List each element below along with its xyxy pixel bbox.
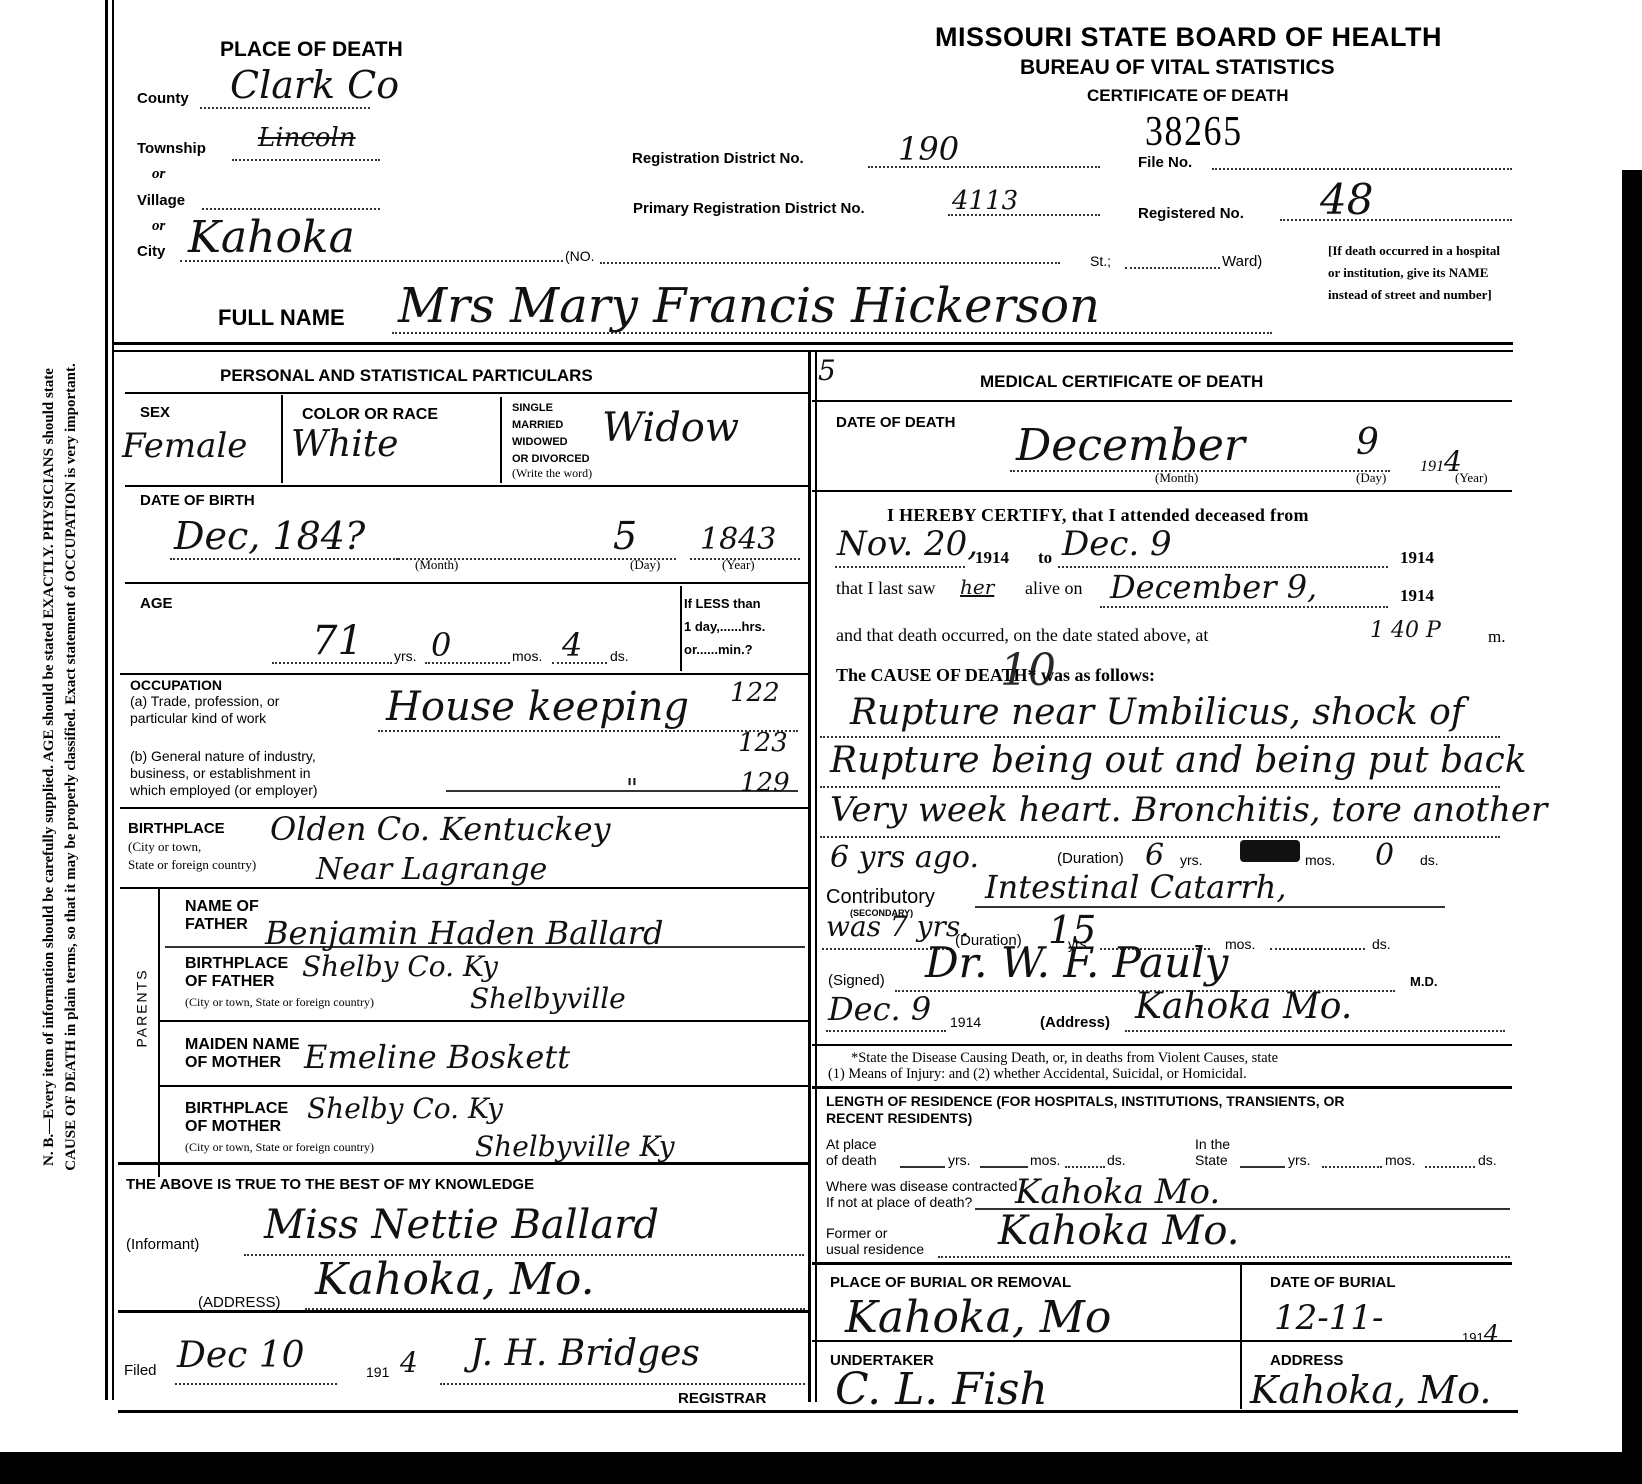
side-note-line-2: CAUSE OF DEATH in plain terms, so that i…: [60, 67, 82, 1467]
death-time-value[interactable]: 1 40 P: [1370, 618, 1441, 643]
attended-from-field[interactable]: Nov. 20,: [835, 558, 965, 568]
township-value: Lincoln: [258, 123, 356, 153]
medical-section-title: MEDICAL CERTIFICATE OF DEATH: [980, 372, 1263, 392]
county-label: County: [137, 90, 189, 107]
marital-widowed: WIDOWED: [512, 434, 590, 451]
marital-married: MARRIED: [512, 417, 590, 434]
scan-border-bottom: [0, 1452, 1642, 1484]
bureau-title: BUREAU OF VITAL STATISTICS: [1020, 56, 1335, 80]
full-name-label: FULL NAME: [218, 305, 345, 331]
physician-address-field[interactable]: Kahoka Mo.: [1125, 1026, 1505, 1032]
column-divider: [808, 352, 811, 1402]
dod-year-prefix: 191: [1420, 458, 1444, 475]
alive-on-field[interactable]: December 9,: [1100, 598, 1388, 608]
at-place-months-field[interactable]: [980, 1152, 1028, 1168]
alive-on-label: alive on: [1025, 578, 1082, 599]
registrar-signature-field[interactable]: J. H. Bridges: [440, 1375, 805, 1385]
mother-birthplace-label-1: BIRTHPLACE: [185, 1100, 288, 1118]
in-state-months-field[interactable]: [1322, 1152, 1382, 1168]
burial-year-suffix: 4: [1484, 1320, 1499, 1348]
father-label-1: NAME OF: [185, 898, 259, 916]
burial-year[interactable]: 1914: [1462, 1320, 1499, 1348]
age-years-field[interactable]: 71: [272, 652, 392, 664]
or-label-2: or: [152, 218, 165, 235]
registered-no-value: 48: [1320, 175, 1373, 224]
left-border-inner: [112, 0, 114, 1400]
md-label: M.D.: [1410, 974, 1437, 989]
row-rule-burial: [812, 1262, 1512, 1265]
informant-value: Miss Nettie Ballard: [264, 1202, 659, 1248]
in-state-label: In the State: [1195, 1136, 1230, 1168]
age-months-value: 0: [431, 626, 451, 664]
dod-day-value[interactable]: 9: [1356, 422, 1379, 463]
row-rule-attest: [118, 1162, 808, 1165]
at-place-label: At place of death: [826, 1136, 877, 1168]
registered-no-label: Registered No.: [1138, 205, 1244, 222]
physician-address-value: Kahoka Mo.: [1135, 986, 1352, 1027]
certificate-number: 38265: [1145, 108, 1243, 156]
marital-single: SINGLE: [512, 400, 590, 417]
occupation-a-field[interactable]: House keeping: [378, 720, 798, 732]
marital-options: SINGLE MARRIED WIDOWED OR DIVORCED: [512, 400, 590, 468]
alive-on-year: 1914: [1400, 586, 1434, 606]
race-value: White: [291, 424, 398, 465]
age-label: AGE: [140, 595, 173, 612]
cause-of-death-label: The CAUSE OF DEATH* was as follows:: [836, 665, 1155, 686]
secondary-duration-days-unit: ds.: [1372, 936, 1391, 952]
at-place-days-field[interactable]: [1065, 1152, 1105, 1168]
physician-address-label: (Address): [1040, 1014, 1110, 1031]
contracted-label-1: Where was disease contracted: [826, 1178, 1017, 1194]
signed-date-value: Dec. 9: [828, 990, 931, 1028]
mother-birthplace-value-1: Shelby Co. Ky: [307, 1092, 503, 1125]
attended-from-value: Nov. 20,: [837, 524, 978, 564]
at-place-yrs-unit: yrs.: [948, 1152, 971, 1168]
occupation-a-value: House keeping: [386, 684, 689, 730]
age-days-value: 4: [562, 626, 582, 664]
mother-birthplace-label-2: OF MOTHER: [185, 1118, 288, 1136]
primary-district-label: Primary Registration District No.: [633, 200, 865, 217]
in-state-line-1: In the: [1195, 1136, 1230, 1152]
former-residence-label-2: usual residence: [826, 1241, 924, 1257]
former-residence-label: Former or usual residence: [826, 1225, 924, 1257]
row-rule-occupation: [120, 673, 808, 675]
place-of-death-title: PLACE OF DEATH: [220, 38, 403, 62]
city-value: Kahoka: [188, 212, 355, 263]
file-no-field[interactable]: [1212, 154, 1512, 170]
certificate-title: CERTIFICATE OF DEATH: [1087, 86, 1288, 106]
scan-border-right: [1622, 170, 1642, 1460]
filed-label: Filed: [124, 1362, 157, 1379]
burial-date-value: 12-11-: [1274, 1298, 1384, 1338]
undertaker-field[interactable]: C. L. Fish: [815, 1360, 1235, 1410]
birthplace-hint-2: State or foreign country): [128, 856, 256, 874]
marital-value: Widow: [602, 405, 739, 451]
registration-district-label: Registration District No.: [632, 150, 804, 167]
dod-label: DATE OF DEATH: [836, 414, 955, 431]
row-rule-filed: [118, 1310, 808, 1313]
medical-margin-mark: 5: [818, 354, 836, 387]
parents-divider: [158, 887, 160, 1177]
secondary-duration-days-field[interactable]: [1270, 944, 1365, 950]
in-state-days-field[interactable]: [1425, 1152, 1475, 1168]
dod-year-caption: (Year): [1455, 470, 1488, 486]
birthplace-value-2: Near Lagrange: [316, 852, 547, 887]
row-rule-mother: [160, 1020, 808, 1022]
signed-year: 1914: [950, 1014, 981, 1030]
race-marital-divider: [500, 397, 502, 483]
or-label-1: or: [152, 166, 165, 183]
mother-label-1: MAIDEN NAME: [185, 1036, 300, 1054]
age-days-field[interactable]: 4: [552, 652, 607, 664]
cause-line-4-value: 6 yrs ago.: [830, 840, 979, 875]
signed-date-field[interactable]: Dec. 9: [826, 1026, 946, 1032]
informant-address-value: Kahoka, Mo.: [315, 1254, 595, 1305]
township-label: Township: [137, 140, 206, 157]
left-border-outer: [105, 0, 108, 1400]
registration-district-field[interactable]: 190: [868, 150, 1100, 168]
row-rule-parents: [120, 887, 808, 889]
row-rule-residence: [812, 1086, 1512, 1089]
mother-field[interactable]: Emeline Boskett: [300, 1030, 800, 1080]
footnote-line-2: (1) Means of Injury: and (2) whether Acc…: [828, 1066, 1278, 1082]
street-no-field[interactable]: [600, 250, 1060, 264]
dod-month-value: December: [1016, 420, 1245, 471]
less-than-box: If LESS than 1 day,......hrs. or......mi…: [684, 592, 765, 661]
in-state-fields[interactable]: yrs. mos. ds.: [1240, 1156, 1510, 1172]
personal-section-title: PERSONAL AND STATISTICAL PARTICULARS: [220, 366, 593, 386]
father-birthplace-field[interactable]: Shelby Co. Ky Shelbyville: [300, 950, 800, 1020]
duration-days-unit: ds.: [1420, 852, 1439, 868]
column-divider-2: [815, 352, 817, 1402]
mother-birthplace-field[interactable]: Shelby Co. Ky Shelbyville Ky: [305, 1092, 805, 1172]
residence-title: LENGTH OF RESIDENCE (FOR HOSPITALS, INST…: [826, 1093, 1345, 1127]
last-saw-pronoun[interactable]: her: [960, 575, 994, 599]
side-note-line-1: N. B.—Every item of information should b…: [38, 67, 60, 1467]
sex-value: Female: [122, 426, 247, 466]
city-field[interactable]: Kahoka: [180, 244, 563, 262]
father-birthplace-label-2: OF FATHER: [185, 973, 288, 991]
less-than-line-3: or......min.?: [684, 638, 765, 661]
age-years-value: 71: [312, 618, 363, 664]
occupation-b-line-1: (b) General nature of industry,: [130, 748, 318, 765]
ward-field[interactable]: [1125, 255, 1220, 269]
contracted-label: Where was disease contracted If not at p…: [826, 1178, 1017, 1210]
registered-no-field[interactable]: 48: [1280, 205, 1512, 221]
last-saw-label: that I last saw: [836, 578, 935, 599]
cause-margin-mark: 10: [1000, 645, 1056, 696]
occupation-b-label: (b) General nature of industry, business…: [130, 748, 318, 799]
full-name-field[interactable]: Mrs Mary Francis Hickerson: [392, 318, 1272, 334]
instructions-side-note: N. B.—Every item of information should b…: [38, 67, 82, 1467]
father-birthplace-value-2: Shelbyville: [470, 982, 626, 1015]
filed-date-field[interactable]: Dec 10: [175, 1375, 337, 1385]
registrar-label: REGISTRAR: [678, 1390, 766, 1407]
street-no-label: (NO.: [565, 248, 595, 264]
marital-hint: (Write the word): [512, 466, 592, 481]
attended-to-year: 1914: [1400, 548, 1434, 568]
footnote-line-1: *State the Disease Causing Death, or, in…: [828, 1050, 1278, 1066]
sex-field[interactable]: Female: [120, 420, 275, 480]
undertaker-address-field[interactable]: Kahoka, Mo.: [1250, 1360, 1540, 1410]
duration-label: (Duration): [1057, 850, 1124, 867]
row-rule-certify: [812, 490, 1512, 492]
less-than-line-2: 1 day,......hrs.: [684, 615, 765, 638]
village-label: Village: [137, 192, 185, 209]
burial-date-label: DATE OF BURIAL: [1270, 1274, 1396, 1291]
personal-title-rule: [125, 392, 808, 394]
informant-label: (Informant): [126, 1236, 199, 1253]
occupation-b-line-3: which employed (or employer): [130, 782, 318, 799]
filed-year-prefix: 191: [366, 1364, 389, 1380]
age-months-field[interactable]: 0: [425, 652, 510, 664]
burial-year-prefix: 191: [1462, 1330, 1484, 1345]
at-place-years-field[interactable]: [900, 1152, 945, 1168]
birthplace-hint-1: (City or town,: [128, 838, 256, 856]
former-residence-label-1: Former or: [826, 1225, 924, 1241]
footnote: *State the Disease Causing Death, or, in…: [828, 1050, 1278, 1082]
residence-title-2: RECENT RESIDENTS): [826, 1110, 1345, 1127]
father-label: NAME OF FATHER: [185, 898, 259, 934]
at-place-fields[interactable]: yrs. mos. ds.: [900, 1156, 1140, 1172]
birthplace-hint: (City or town, State or foreign country): [128, 838, 256, 874]
age-days-unit: ds.: [610, 648, 629, 664]
father-value: Benjamin Haden Ballard: [265, 914, 664, 952]
dod-day-caption: (Day): [1356, 470, 1386, 486]
street-label: St.;: [1090, 253, 1111, 269]
at-place-ds-unit: ds.: [1107, 1152, 1126, 1168]
father-label-2: FATHER: [185, 916, 259, 934]
informant-address-label: (ADDRESS): [198, 1294, 281, 1311]
duration-years-unit: yrs.: [1180, 852, 1203, 868]
at-place-line-1: At place: [826, 1136, 877, 1152]
age-years-unit: yrs.: [394, 648, 417, 664]
row-rule-footnote: [812, 1044, 1512, 1046]
board-title: MISSOURI STATE BOARD OF HEALTH: [935, 22, 1442, 53]
medical-title-rule: [812, 400, 1512, 402]
row-rule-age: [125, 582, 808, 584]
father-field[interactable]: Benjamin Haden Ballard: [165, 946, 805, 948]
occupation-a-line-2: particular kind of work: [130, 710, 279, 727]
cause-line-3[interactable]: Very week heart. Bronchitis, tore anothe…: [820, 830, 1500, 838]
attended-from-year: 1914: [975, 548, 1009, 568]
mother-label-2: OF MOTHER: [185, 1054, 300, 1072]
former-residence-value: Kahoka Mo.: [998, 1208, 1239, 1254]
signed-label: (Signed): [828, 972, 885, 989]
row-rule-dob: [125, 485, 808, 487]
dod-month-field[interactable]: December: [1010, 460, 1390, 472]
less-than-divider: [680, 586, 682, 671]
filed-year-suffix: 4: [400, 1346, 418, 1379]
dob-day-caption: (Day): [630, 557, 660, 573]
marital-field[interactable]: Widow: [600, 405, 800, 465]
at-place-mos-unit: mos.: [1030, 1152, 1060, 1168]
sex-race-divider: [281, 395, 283, 483]
county-value: Clark Co: [230, 63, 399, 107]
mother-value: Emeline Boskett: [304, 1038, 570, 1076]
cause-line-2-value: Rupture being out and being put back: [830, 740, 1527, 781]
death-time-m: m.: [1488, 627, 1505, 647]
residence-title-1: LENGTH OF RESIDENCE (FOR HOSPITALS, INST…: [826, 1093, 1345, 1110]
birthplace-field[interactable]: Olden Co. Kentuckey Near Lagrange: [262, 808, 802, 888]
mother-label: MAIDEN NAME OF MOTHER: [185, 1036, 300, 1072]
burial-divider: [1240, 1264, 1242, 1409]
file-no-label: File No.: [1138, 154, 1192, 171]
attended-to-label: to: [1038, 548, 1052, 568]
contracted-value: Kahoka Mo.: [1015, 1172, 1220, 1212]
primary-district-field[interactable]: 4113: [948, 200, 1100, 216]
in-state-mos-unit: mos.: [1385, 1152, 1415, 1168]
dod-month-caption: (Month): [1155, 470, 1198, 486]
attestation-text: THE ABOVE IS TRUE TO THE BEST OF MY KNOW…: [126, 1176, 534, 1193]
contributory-value: Intestinal Catarrh,: [985, 868, 1287, 906]
dob-month-value: Dec, 184?: [174, 514, 365, 558]
alive-on-value: December 9,: [1110, 568, 1317, 606]
mother-birthplace-value-2: Shelbyville Ky: [475, 1130, 675, 1163]
contributory-field[interactable]: Intestinal Catarrh,: [975, 906, 1445, 908]
father-birthplace-value-1: Shelby Co. Ky: [302, 950, 498, 983]
less-than-line-1: If LESS than: [684, 592, 765, 615]
burial-place-value: Kahoka, Mo: [845, 1292, 1111, 1343]
dob-month-field[interactable]: Dec, 184?: [170, 546, 398, 560]
certify-text: I HEREBY CERTIFY, that I attended deceas…: [887, 505, 1309, 526]
occupation-title: OCCUPATION: [130, 677, 222, 693]
cause-line-1-value: Rupture near Umbilicus, shock of: [850, 692, 1464, 733]
cause-line-3-value: Very week heart. Bronchitis, tore anothe…: [830, 790, 1547, 830]
in-state-years-field[interactable]: [1240, 1152, 1285, 1168]
occupation-code-1: 122: [730, 678, 780, 708]
duration-months-unit: mos.: [1305, 852, 1335, 868]
township-field[interactable]: Lincoln: [232, 135, 380, 161]
duration-days-value[interactable]: 0: [1375, 838, 1394, 873]
death-occurred-text: and that death occurred, on the date sta…: [836, 625, 1208, 646]
dob-year-value: 1843: [700, 522, 776, 557]
registrar-signature: J. H. Bridges: [470, 1333, 700, 1374]
cause-line-1[interactable]: Rupture near Umbilicus, shock of: [820, 730, 1500, 738]
divider-top: [113, 342, 1513, 345]
hospital-note: [If death occurred in a hospital or inst…: [1328, 240, 1513, 306]
occupation-code-2: 123: [738, 728, 788, 758]
signed-value: Dr. W. F. Pauly: [925, 938, 1228, 987]
occupation-b-value: ": [626, 774, 638, 804]
burial-place-label: PLACE OF BURIAL OR REMOVAL: [830, 1274, 1071, 1291]
birthplace-label: BIRTHPLACE: [128, 820, 225, 837]
attended-to-value: Dec. 9: [1062, 524, 1172, 564]
dob-label: DATE OF BIRTH: [140, 492, 255, 509]
father-birthplace-label: BIRTHPLACE OF FATHER: [185, 955, 288, 991]
father-birthplace-label-1: BIRTHPLACE: [185, 955, 288, 973]
occupation-b-line-2: business, or establishment in: [130, 765, 318, 782]
race-field[interactable]: White: [285, 420, 495, 480]
in-state-line-2: State: [1195, 1152, 1230, 1168]
parents-label: PARENTS: [134, 968, 150, 1047]
city-label: City: [137, 243, 165, 260]
divider-top-2: [113, 350, 1513, 352]
row-rule-undertaker: [812, 1340, 1512, 1342]
at-place-line-2: of death: [826, 1152, 877, 1168]
duration-months-value-struck[interactable]: 0: [1240, 840, 1300, 862]
occupation-a-label: (a) Trade, profession, or particular kin…: [130, 693, 279, 727]
ward-label: Ward): [1222, 253, 1262, 270]
in-state-yrs-unit: yrs.: [1288, 1152, 1311, 1168]
occupation-a-line-1: (a) Trade, profession, or: [130, 693, 279, 710]
undertaker-address-value: Kahoka, Mo.: [1250, 1368, 1491, 1412]
in-state-ds-unit: ds.: [1478, 1152, 1497, 1168]
undertaker-value: C. L. Fish: [835, 1364, 1048, 1415]
attended-to-field[interactable]: Dec. 9: [1058, 558, 1388, 568]
full-name-value: Mrs Mary Francis Hickerson: [398, 278, 1100, 334]
primary-district-value: 4113: [952, 186, 1018, 216]
secondary-duration-months-unit: mos.: [1225, 936, 1255, 952]
contributory-label: Contributory: [826, 886, 935, 909]
sex-label: SEX: [140, 404, 170, 421]
row-rule-mother-birthplace: [160, 1085, 808, 1087]
registration-district-value: 190: [898, 130, 959, 168]
filed-date-value: Dec 10: [177, 1335, 305, 1376]
informant-address-field[interactable]: Kahoka, Mo.: [305, 1300, 805, 1310]
birthplace-value-1: Olden Co. Kentuckey: [270, 810, 611, 848]
dob-year-caption: (Year): [722, 557, 755, 573]
age-months-unit: mos.: [512, 648, 542, 664]
cause-line-2[interactable]: Rupture being out and being put back: [820, 780, 1500, 788]
county-field[interactable]: Clark Co: [200, 83, 370, 109]
mother-birthplace-label: BIRTHPLACE OF MOTHER: [185, 1100, 288, 1136]
occupation-code-3: 129: [740, 768, 790, 798]
dob-day-value: 5: [613, 514, 637, 558]
village-field[interactable]: [202, 192, 380, 210]
former-residence-field[interactable]: Kahoka Mo.: [938, 1252, 1510, 1258]
